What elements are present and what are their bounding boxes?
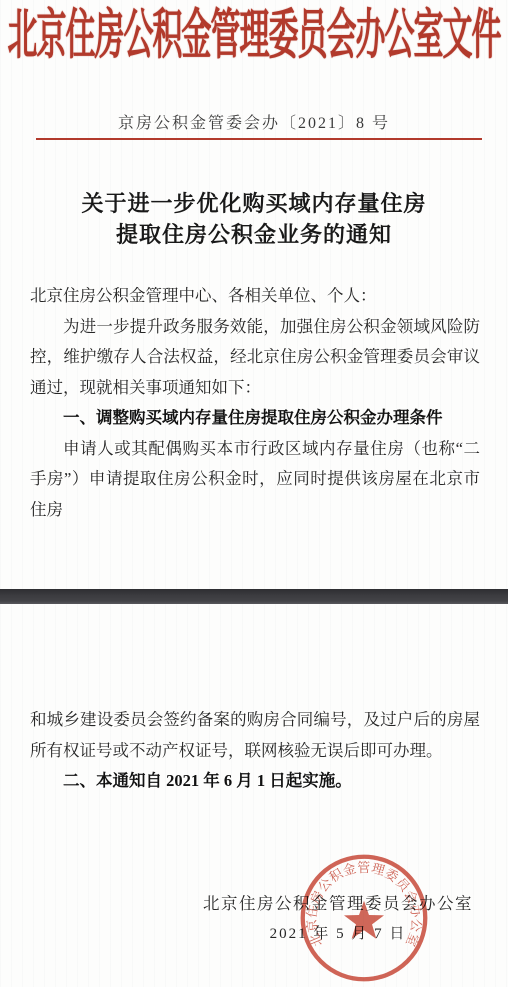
signature-block: 北京住房公积金管理委员会办公室 2021 年 5 月 7 日 bbox=[203, 894, 473, 943]
paragraph-2-part2: 和城乡建设委员会签约备案的购房合同编号，及过户后的房屋所有权证号或不动产权证号，… bbox=[30, 705, 480, 766]
body-text-page1: 北京住房公积金管理中心、各相关单位、个人： 为进一步提升政务服务效能，加强住房公… bbox=[30, 281, 480, 525]
paragraph-2-part1: 申请人或其配偶购买本市行政区域内存量住房（也称“二手房”）申请提取住房公积金时，… bbox=[30, 434, 480, 526]
salutation-line: 北京住房公积金管理中心、各相关单位、个人： bbox=[30, 281, 480, 312]
letterhead-title: 北京住房公积金管理委员会办公室文件 bbox=[0, 10, 508, 64]
document-number: 京房公积金管委会办〔2021〕8 号 bbox=[0, 110, 508, 133]
section-heading-2: 二、本通知自 2021 年 6 月 1 日起实施。 bbox=[30, 766, 480, 797]
letterhead-divider-rule bbox=[36, 138, 482, 140]
section-heading-1: 一、调整购买域内存量住房提取住房公积金办理条件 bbox=[30, 403, 480, 434]
body-text-page2: 和城乡建设委员会签约备案的购房合同编号，及过户后的房屋所有权证号或不动产权证号，… bbox=[30, 705, 480, 797]
signature-organization: 北京住房公积金管理委员会办公室 bbox=[203, 894, 473, 914]
scanned-document-page: 北京住房公积金管理委员会办公室文件 京房公积金管委会办〔2021〕8 号 关于进… bbox=[0, 0, 508, 987]
document-title: 关于进一步优化购买域内存量住房 提取住房公积金业务的通知 bbox=[0, 188, 508, 250]
document-title-line1: 关于进一步优化购买域内存量住房 bbox=[0, 188, 508, 219]
paragraph-1: 为进一步提升政务服务效能，加强住房公积金领域风险防控，维护缴存人合法权益，经北京… bbox=[30, 312, 480, 404]
scanner-page-break-band bbox=[0, 589, 508, 604]
signature-date: 2021 年 5 月 7 日 bbox=[203, 925, 473, 943]
document-title-line2: 提取住房公积金业务的通知 bbox=[0, 219, 508, 250]
